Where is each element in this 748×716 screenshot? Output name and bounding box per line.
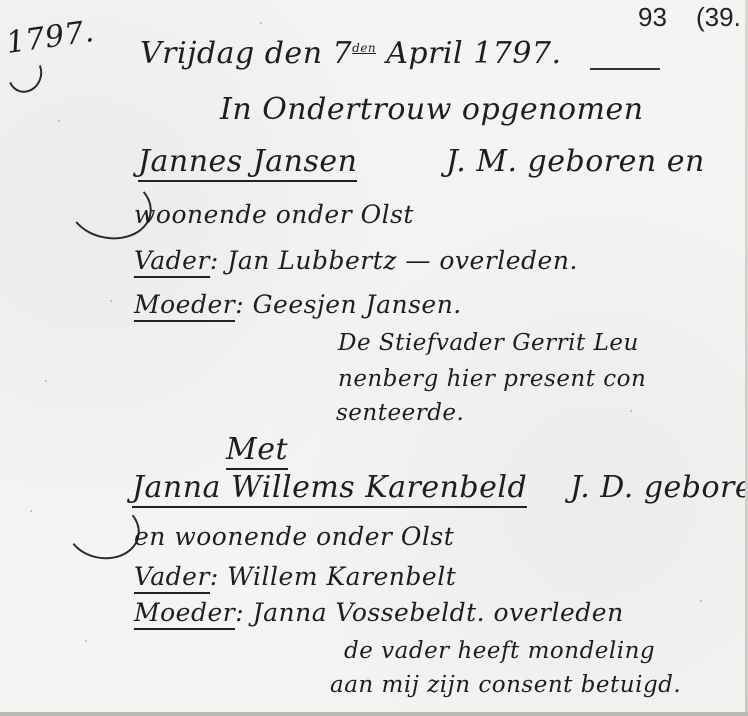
conjunction-met: Met [226, 432, 288, 467]
paper-speck [700, 600, 702, 602]
consent-line-1: de vader heeft mondeling [344, 638, 655, 664]
stepfather-line-3: senteerde. [336, 400, 464, 426]
groom-father-value: : Jan Lubbertz — overleden. [210, 246, 578, 275]
folio-number: (39. [696, 2, 741, 33]
bride-mother-value: : Janna Vossebeldt. overleden [235, 598, 623, 627]
groom-father-label: Vader [134, 246, 210, 278]
consent-line-2: aan mij zijn consent betuigd. [330, 672, 681, 698]
paper-speck [260, 22, 262, 24]
date-underline [590, 68, 660, 70]
date-prefix: Vrijdag den 7 [140, 36, 352, 71]
conjunction-text: Met [226, 432, 288, 470]
groom-status: J. M. geboren en [446, 144, 705, 179]
paper-speck [630, 410, 632, 412]
bride-residence: en woonende onder Olst [134, 522, 454, 551]
paper-speck [110, 300, 112, 302]
bride-status: J. D. geboren, [570, 470, 748, 505]
bride-mother-label: Moeder [134, 598, 235, 630]
groom-residence: woonende onder Olst [134, 200, 414, 229]
groom-father-line: Vader: Jan Lubbertz — overleden. [134, 246, 578, 275]
groom-mother-value: : Geesjen Jansen. [235, 290, 462, 319]
bride-father-value: : Willem Karenbelt [210, 562, 456, 591]
date-line: Vrijdag den 7den April 1797. [140, 36, 562, 71]
margin-year: 1797. [4, 14, 96, 61]
paper-speck [58, 120, 60, 122]
bride-name: Janna Willems Karenbeld [132, 470, 527, 505]
paper-speck [30, 510, 32, 512]
groom-mother-line: Moeder: Geesjen Jansen. [134, 290, 462, 319]
paper-speck [45, 380, 47, 382]
date-superscript: den [352, 41, 376, 55]
groom-name: Jannes Jansen [138, 144, 357, 179]
bride-name-text: Janna Willems Karenbeld [132, 470, 527, 508]
bride-mother-line: Moeder: Janna Vossebeldt. overleden [134, 598, 624, 627]
paper-speck [85, 640, 87, 642]
intro-line: In Ondertrouw opgenomen [220, 92, 644, 127]
scanned-register-page: 1797. 93 (39. Vrijdag den 7den April 179… [0, 0, 748, 716]
date-suffix: April 1797. [386, 36, 561, 71]
stepfather-line-1: De Stiefvader Gerrit Leu [338, 330, 639, 356]
bride-father-label: Vader [134, 562, 210, 594]
stepfather-line-2: nenberg hier present con [338, 366, 646, 392]
page-number: 93 [638, 2, 667, 33]
bride-father-line: Vader: Willem Karenbelt [134, 562, 456, 591]
groom-name-text: Jannes Jansen [138, 144, 357, 182]
groom-mother-label: Moeder [134, 290, 235, 322]
page-bottom-edge [0, 712, 748, 716]
